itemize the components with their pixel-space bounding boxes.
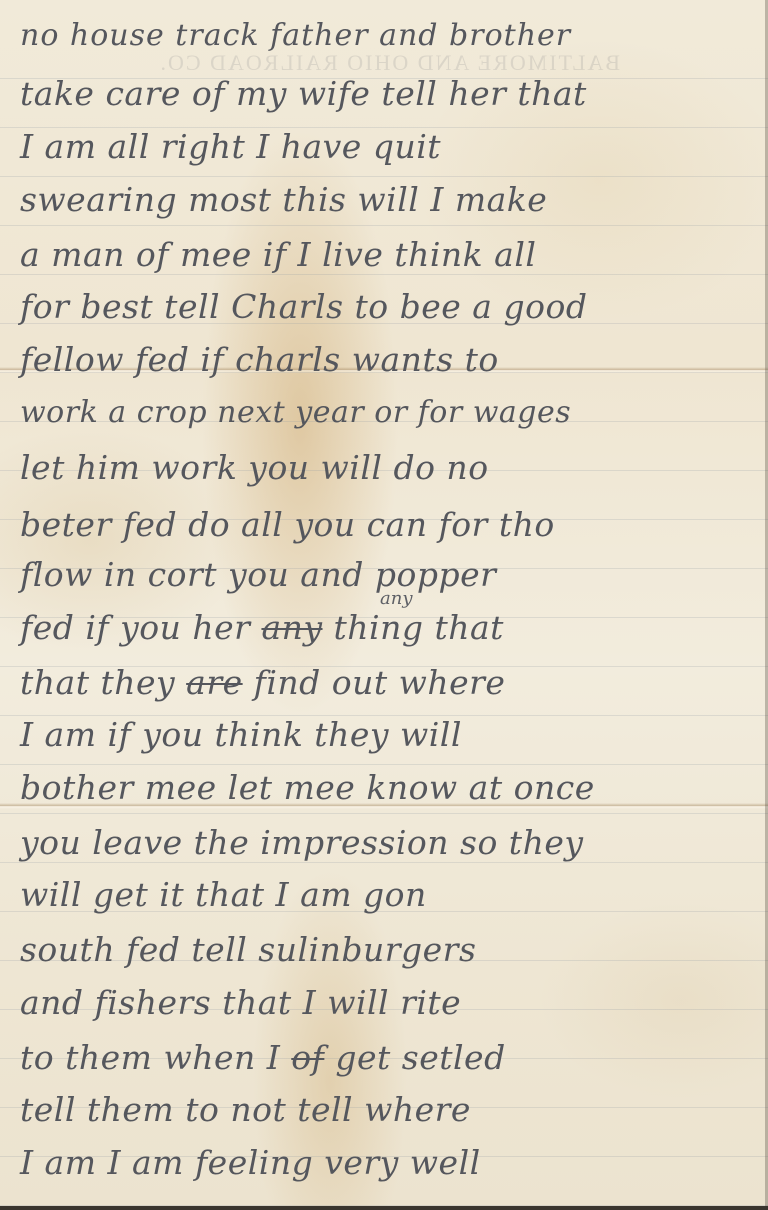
text-line: work a crop next year or for wages <box>20 395 571 430</box>
text-line: to them when I of get setled <box>20 1038 506 1077</box>
text-line: fed if you her any thing that <box>20 608 504 647</box>
text-line: flow in cort you and popper <box>20 555 496 594</box>
text-line: I am if you think they will <box>20 715 462 754</box>
text-line: you leave the impression so they <box>20 823 584 862</box>
text-line: for best tell Charls to bee a good <box>20 287 587 326</box>
text-line: take care of my wife tell her that <box>20 74 587 113</box>
interlinear-insertion: any <box>380 588 413 609</box>
text-line: no house track father and brother <box>20 18 571 53</box>
text-line: beter fed do all you can for tho <box>20 505 555 544</box>
text-line: will get it that I am gon <box>20 875 427 914</box>
text-line: fellow fed if charls wants to <box>20 340 499 379</box>
text-segment: find out where <box>243 663 506 702</box>
text-segment: fed if you her <box>20 608 250 647</box>
struck-word: any <box>261 608 322 647</box>
text-line: I am I am feeling very well <box>20 1143 481 1182</box>
letterhead-bleed-through: BALTIMORE AND OHIO RAILROAD CO. <box>200 50 620 76</box>
page-edge <box>0 1206 768 1210</box>
text-line: that they are find out where <box>20 663 505 702</box>
struck-word: of <box>291 1038 324 1077</box>
text-line: I am all right I have quit <box>20 127 441 166</box>
text-line: swearing most this will I make <box>20 180 547 219</box>
text-line: and fishers that I will rite <box>20 983 461 1022</box>
text-line: a man of mee if I live think all <box>20 235 536 274</box>
text-line: south fed tell sulinburgers <box>20 930 476 969</box>
text-line: let him work you will do no <box>20 448 489 487</box>
text-segment: thing that <box>323 608 504 647</box>
text-line: tell them to not tell where <box>20 1090 471 1129</box>
text-segment: get setled <box>324 1038 505 1077</box>
letter-page: BALTIMORE AND OHIO RAILROAD CO. no house… <box>0 0 768 1210</box>
text-line: bother mee let mee know at once <box>20 768 595 807</box>
struck-word: are <box>186 663 242 702</box>
text-segment: to them when I <box>20 1038 280 1077</box>
text-segment: that they <box>20 663 175 702</box>
